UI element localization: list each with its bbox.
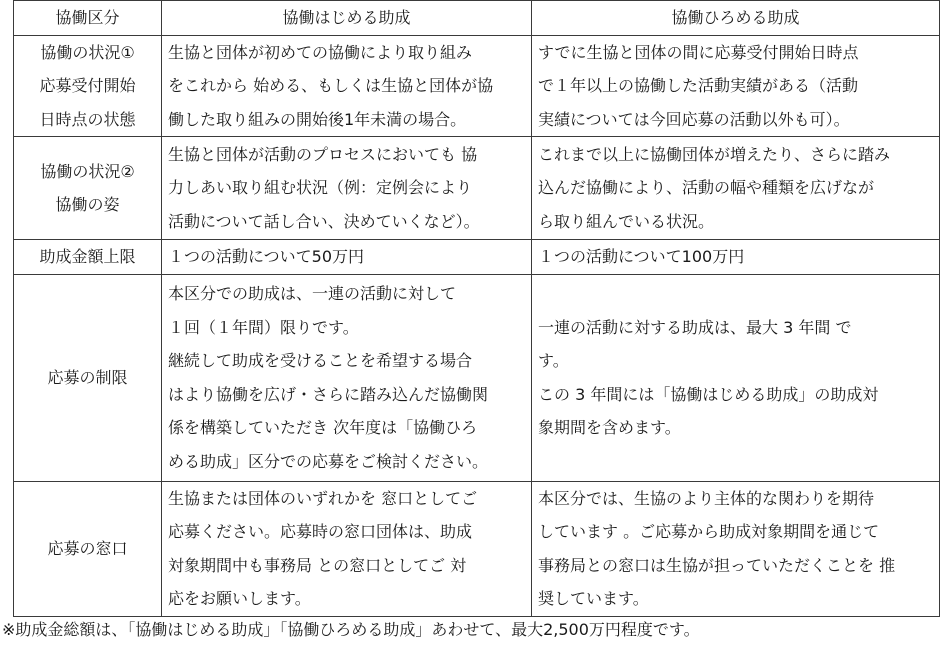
text-line: これまで以上に協働団体が増えたり、さらに踏み [538,138,933,172]
text-line: しています 。ご応募から助成対象期間を通じて [538,515,933,549]
header-category: 協働区分 [14,1,162,36]
header-row: 協働区分 協働はじめる助成 協働ひろめる助成 [14,1,940,36]
text-line: 込んだ協働により、活動の幅や種類を広げなが [538,171,933,205]
hajimeru-cell: 本区分での助成は、一連の活動に対して １回（１年間）限りです。 継続して助成を受… [162,274,532,481]
text-line: ら取り組んでいる状況。 [538,205,933,239]
header-hajimeru: 協働はじめる助成 [162,1,532,36]
label-line: 協働の状況② [20,155,155,189]
text-line: 実績については今回応募の活動以外も可）。 [538,103,933,137]
row-status-2: 協働の状況② 協働の姿 生協と団体が活動のプロセスにおいても 協 力しあい取り組… [14,137,940,240]
label-line: 協働の姿 [20,188,155,222]
text-line: この 3 年間には「協働はじめる助成」の助成対 [538,378,933,412]
text-line: すでに生協と団体の間に応募受付開始日時点 [538,36,933,70]
text-line: める助成」区分での応募をご検討ください。 [168,445,525,479]
text-line: をこれから 始める、もしくは生協と団体が協 [168,69,525,103]
hiromeru-cell: これまで以上に協働団体が増えたり、さらに踏み 込んだ協働により、活動の幅や種類を… [532,137,940,240]
hajimeru-cell: １つの活動について50万円 [162,240,532,275]
row-status-1: 協働の状況① 応募受付開始 日時点の状態 生協と団体が初めての協働により取り組み… [14,35,940,137]
text-line: 生協と団体が活動のプロセスにおいても 協 [168,138,525,172]
hiromeru-cell: 本区分では、生協のより主体的な関わりを期待 しています 。ご応募から助成対象期間… [532,481,940,616]
row-label: 応募の制限 [14,274,162,481]
text-line: 力しあい取り組む状況（例：定例会により [168,171,525,205]
label-line: 応募の制限 [20,361,155,395]
footnote: ※助成金総額は、「協働はじめる助成」「協働ひろめる助成」あわせて、最大2,500… [2,618,700,642]
text-line: 応をお願いします。 [168,582,525,616]
text-line: １つの活動について50万円 [168,240,525,274]
text-line: 生協または団体のいずれかを 窓口としてご [168,482,525,516]
text-line: 本区分では、生協のより主体的な関わりを期待 [538,482,933,516]
text-line: 活動について話し合い、決めていくなど）。 [168,205,525,239]
text-line: す。 [538,344,933,378]
row-application-contact: 応募の窓口 生協または団体のいずれかを 窓口としてご 応募ください。応募時の窓口… [14,481,940,616]
label-line: 応募の窓口 [20,532,155,566]
hajimeru-cell: 生協と団体が活動のプロセスにおいても 協 力しあい取り組む状況（例：定例会により… [162,137,532,240]
header-hiromeru: 協働ひろめる助成 [532,1,940,36]
text-line: で１年以上の協働した活動実績がある（活動 [538,69,933,103]
row-label: 応募の窓口 [14,481,162,616]
text-line: 本区分での助成は、一連の活動に対して [168,277,525,311]
text-line: 奨しています。 [538,582,933,616]
text-line: 係を構築していただき 次年度は「協働ひろ [168,411,525,445]
row-label: 助成金額上限 [14,240,162,275]
row-label: 協働の状況① 応募受付開始 日時点の状態 [14,35,162,137]
hiromeru-cell: すでに生協と団体の間に応募受付開始日時点 で１年以上の協働した活動実績がある（活… [532,35,940,137]
text-line: １回（１年間）限りです。 [168,311,525,345]
row-label: 協働の状況② 協働の姿 [14,137,162,240]
text-line: 生協と団体が初めての協働により取り組み [168,36,525,70]
row-application-limit: 応募の制限 本区分での助成は、一連の活動に対して １回（１年間）限りです。 継続… [14,274,940,481]
text-line: 象期間を含めます。 [538,411,933,445]
hajimeru-cell: 生協と団体が初めての協働により取り組み をこれから 始める、もしくは生協と団体が… [162,35,532,137]
label-line: 応募受付開始 [20,69,155,103]
hiromeru-cell: 一連の活動に対する助成は、最大 3 年間 で す。 この 3 年間には「協働はじ… [532,274,940,481]
grant-comparison-table: 協働区分 協働はじめる助成 協働ひろめる助成 協働の状況① 応募受付開始 日時点… [13,0,940,617]
label-line: 助成金額上限 [20,240,155,274]
text-line: 応募ください。応募時の窓口団体は、助成 [168,515,525,549]
text-line: 対象期間中も事務局 との窓口としてご 対 [168,549,525,583]
text-line: １つの活動について100万円 [538,240,933,274]
label-line: 日時点の状態 [20,103,155,137]
text-line: はより協働を広げ・さらに踏み込んだ協働関 [168,378,525,412]
text-line: 事務局との窓口は生協が担っていただくことを 推 [538,549,933,583]
hajimeru-cell: 生協または団体のいずれかを 窓口としてご 応募ください。応募時の窓口団体は、助成… [162,481,532,616]
text-line: 一連の活動に対する助成は、最大 3 年間 で [538,311,933,345]
hiromeru-cell: １つの活動について100万円 [532,240,940,275]
label-line: 協働の状況① [20,36,155,70]
text-line: 働した取り組みの開始後1年未満の場合。 [168,103,525,137]
row-grant-limit: 助成金額上限 １つの活動について50万円 １つの活動について100万円 [14,240,940,275]
text-line: 継続して助成を受けることを希望する場合 [168,344,525,378]
